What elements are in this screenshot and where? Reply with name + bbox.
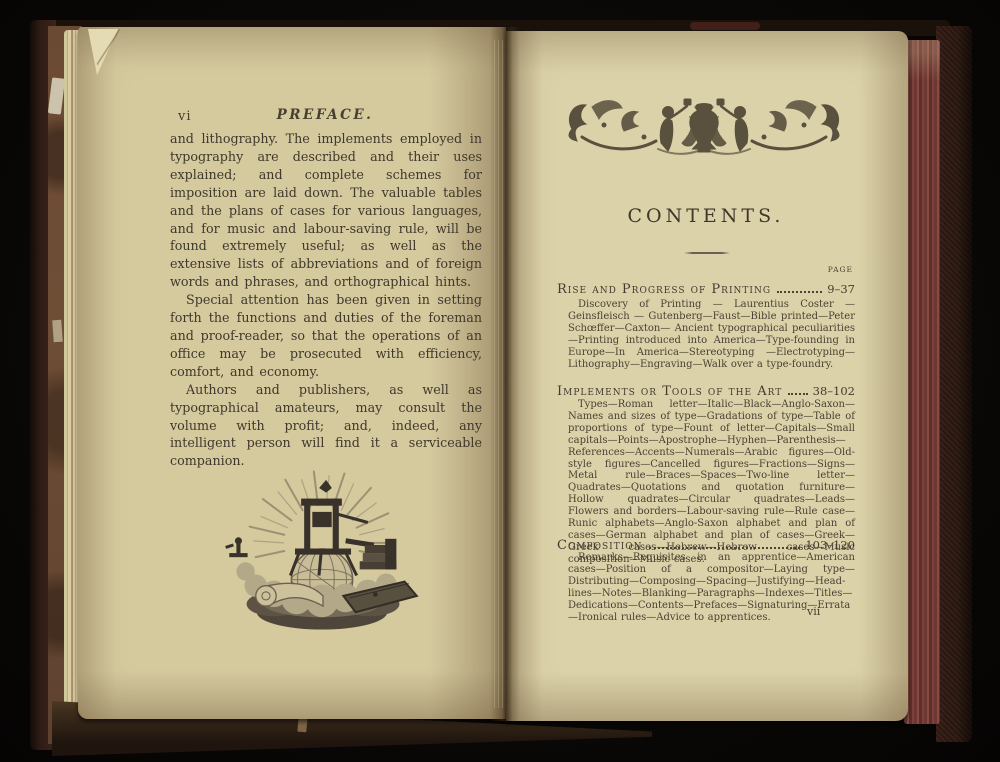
book-photograph: vi PREFACE. and lithography. The impleme… [0, 0, 1000, 762]
small-press-left [225, 537, 247, 557]
label-remnant-small [52, 320, 63, 343]
preface-paragraph: and lithography. The implements employed… [170, 130, 482, 291]
toc-entry-title: Rise and Progress of Printing [557, 282, 771, 297]
toc-entry-title: Composition [557, 538, 643, 553]
toc-entry-pages: 38–102 [813, 384, 855, 398]
printing-press-vignette-illustration [215, 451, 429, 645]
red-stained-fore-edge [904, 40, 940, 724]
dot-leader [788, 382, 807, 395]
preface-text-block: and lithography. The implements employed… [170, 130, 482, 470]
running-title-preface: PREFACE. [170, 107, 480, 123]
left-page-preface: vi PREFACE. and lithography. The impleme… [78, 27, 506, 719]
toc-entry-pages: 103–120 [805, 538, 855, 552]
toc-entry-heading: Implements or Tools of the Art 38–102 [557, 382, 855, 399]
dog-ear-crease [90, 29, 120, 75]
signature-mark: vii [557, 605, 855, 618]
toc-entry-title: Implements or Tools of the Art [557, 384, 782, 399]
toc-entry-heading: Rise and Progress of Printing 9–37 [557, 280, 855, 297]
cover-sliver [690, 22, 760, 30]
right-page-contents: CONTENTS. PAGE Rise and Progress of Prin… [506, 31, 908, 721]
toc-entry-pages: 9–37 [827, 282, 855, 296]
toc-entry-heading: Composition 103–120 [557, 536, 855, 553]
right-cover-board [936, 26, 972, 742]
gutter-page-edges [494, 40, 506, 708]
dot-leader [649, 536, 801, 549]
dot-leader [777, 280, 822, 293]
preface-paragraph: Special attention has been given in sett… [170, 291, 482, 381]
left-page-header: vi PREFACE. [170, 107, 480, 125]
toc-entry-description: Discovery of Printing — Laurentius Coste… [568, 299, 855, 370]
